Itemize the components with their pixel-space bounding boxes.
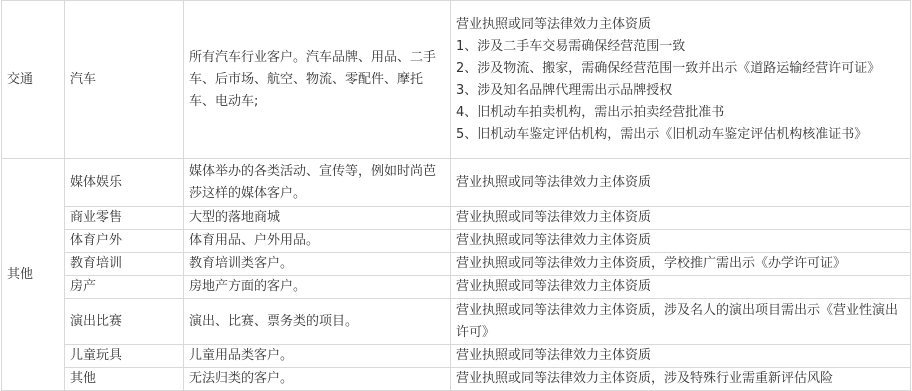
industry-cell: 媒体娱乐 xyxy=(65,159,184,207)
table-row: 其他 媒体娱乐 媒体举办的各类活动、宣传等，例如时尚芭莎这样的媒体客户。 营业执… xyxy=(2,159,911,207)
requirements-cell: 营业执照或同等法律效力主体资质 xyxy=(451,207,911,230)
industry-cell: 房产 xyxy=(65,276,184,299)
industry-qualification-table: 交通 汽车 所有汽车行业客户。汽车品牌、用品、二手车、后市场、航空、物流、零配件… xyxy=(1,0,911,388)
table-row: 其他 无法归类的客户。 营业执照或同等法律效力主体资质，涉及特殊行业需重新评估风… xyxy=(2,368,911,389)
requirements-cell: 营业执照或同等法律效力主体资质 xyxy=(451,230,911,253)
description-cell: 无法归类的客户。 xyxy=(184,368,451,389)
description-text: 媒体举办的各类活动、宣传等，例如时尚芭莎这样的媒体客户。 xyxy=(189,161,450,205)
requirements-cell: 营业执照或同等法律效力主体资质 xyxy=(451,159,911,207)
industry-cell: 儿童玩具 xyxy=(65,345,184,368)
requirement-line: 3、涉及知名品牌代理需出示品牌授权 xyxy=(456,80,910,102)
description-cell: 媒体举办的各类活动、宣传等，例如时尚芭莎这样的媒体客户。 xyxy=(184,159,451,207)
description-cell: 教育培训类客户。 xyxy=(184,253,451,276)
table-row: 体育户外 体育用品、户外用品。 营业执照或同等法律效力主体资质 xyxy=(2,230,911,253)
table-row: 演出比赛 演出、比赛、票务类的项目。 营业执照或同等法律效力主体资质，涉及名人的… xyxy=(2,299,911,345)
category-cell: 交通 xyxy=(2,1,65,159)
description-text: 所有汽车行业客户。汽车品牌、用品、二手车、后市场、航空、物流、零配件、摩托车、电… xyxy=(189,47,450,113)
description-cell: 体育用品、户外用品。 xyxy=(184,230,451,253)
table-row: 儿童玩具 儿童用品类客户。 营业执照或同等法律效力主体资质 xyxy=(2,345,911,368)
industry-cell: 演出比赛 xyxy=(65,299,184,345)
requirements-cell: 营业执照或同等法律效力主体资质 xyxy=(451,345,911,368)
requirement-line: 1、涉及二手车交易需确保经营范围一致 xyxy=(456,36,910,58)
requirements-cell: 营业执照或同等法律效力主体资质 1、涉及二手车交易需确保经营范围一致 2、涉及物… xyxy=(451,1,911,159)
table-row: 教育培训 教育培训类客户。 营业执照或同等法律效力主体资质，学校推广需出示《办学… xyxy=(2,253,911,276)
description-cell: 演出、比赛、票务类的项目。 xyxy=(184,299,451,345)
requirement-line: 4、旧机动车拍卖机构，需出示拍卖经营批准书 xyxy=(456,102,910,124)
category-cell: 其他 xyxy=(2,159,65,389)
industry-cell: 教育培训 xyxy=(65,253,184,276)
requirement-text: 营业执照或同等法律效力主体资质，涉及名人的演出项目需出示《营业性演出许可》 xyxy=(456,300,910,344)
table-row: 房产 房地产方面的客户。 营业执照或同等法律效力主体资质 xyxy=(2,276,911,299)
requirements-cell: 营业执照或同等法律效力主体资质，学校推广需出示《办学许可证》 xyxy=(451,253,911,276)
industry-cell: 体育户外 xyxy=(65,230,184,253)
requirement-line: 5、旧机动车鉴定评估机构，需出示《旧机动车鉴定评估机构核准证书》 xyxy=(456,124,910,146)
requirement-line: 2、涉及物流、搬家，需确保经营范围一致并出示《道路运输经营许可证》 xyxy=(456,58,910,80)
description-cell: 儿童用品类客户。 xyxy=(184,345,451,368)
description-cell: 所有汽车行业客户。汽车品牌、用品、二手车、后市场、航空、物流、零配件、摩托车、电… xyxy=(184,1,451,159)
requirement-line: 营业执照或同等法律效力主体资质 xyxy=(456,14,910,36)
industry-cell: 其他 xyxy=(65,368,184,389)
table-row: 交通 汽车 所有汽车行业客户。汽车品牌、用品、二手车、后市场、航空、物流、零配件… xyxy=(2,1,911,159)
description-cell: 房地产方面的客户。 xyxy=(184,276,451,299)
requirements-cell: 营业执照或同等法律效力主体资质 xyxy=(451,276,911,299)
industry-cell: 汽车 xyxy=(65,1,184,159)
industry-cell: 商业零售 xyxy=(65,207,184,230)
description-cell: 大型的落地商城 xyxy=(184,207,451,230)
table-row: 商业零售 大型的落地商城 营业执照或同等法律效力主体资质 xyxy=(2,207,911,230)
requirements-cell: 营业执照或同等法律效力主体资质，涉及名人的演出项目需出示《营业性演出许可》 xyxy=(451,299,911,345)
requirements-cell: 营业执照或同等法律效力主体资质，涉及特殊行业需重新评估风险 xyxy=(451,368,911,389)
